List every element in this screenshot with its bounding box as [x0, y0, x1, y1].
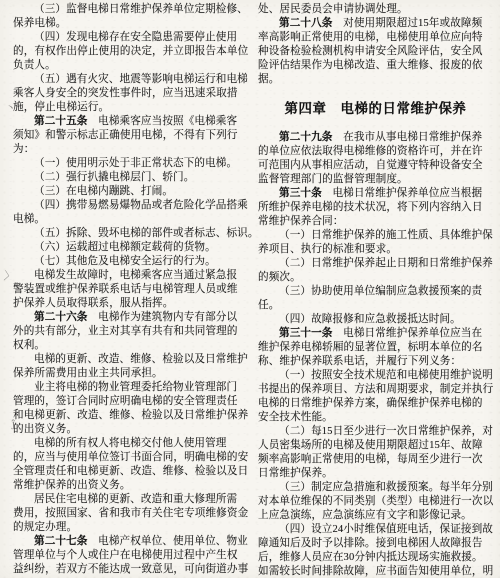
text-line: 电梯发生故障时，电梯乘客应当通过紧急报	[13, 269, 248, 283]
text-line: 日常维护保养。	[258, 467, 493, 481]
text-line: 所维护保养电梯的技术状况，将下列内容纳入日	[258, 201, 493, 215]
text-line: 监督管理部门的监督管理制度。	[258, 173, 493, 187]
text-line: 的，应当与使用单位签订书面合同，明确电梯的安	[13, 451, 248, 465]
text-line: 处、居民委员会申请协调处理。	[258, 3, 493, 17]
text-line: 第二十八条 对使用期限超过15年或故障频	[258, 17, 493, 31]
text-line: 管理单位与个人或住户在电梯使用过程中产生权	[13, 549, 248, 563]
text-line: （六）运载超过电梯额定载荷的货物。	[13, 241, 248, 255]
text-line: 的，有权作出停止使用的决定，并立即报告本单位	[13, 45, 248, 59]
article-number: 第三十条	[279, 188, 322, 199]
text-line: （三）制定应急措施和救援预案。每半年分别	[258, 481, 493, 495]
text-line: 称、维护保养联系电话，并履行下列义务：	[258, 355, 493, 369]
text-line: 业主将电梯的物业管理委托给物业管理部门	[13, 381, 248, 395]
text-line: 后，维修人员应在30分钟内抵达现场实施救援。	[258, 551, 493, 565]
text-line: 费用，按照国家、省和我市有关住宅专项维修资金	[13, 507, 248, 521]
text-line: （四）设立24小时维保值班电话，保证接到故	[258, 523, 493, 537]
text-line: 护保养人员取得联系，服从指挥。	[13, 297, 248, 311]
two-column-text: （三）监督电梯日常维护保养单位定期检修、保养电梯。（四）发现电梯存在安全隐患需要…	[13, 3, 494, 578]
text-line: 施，停止电梯运行。	[13, 101, 248, 115]
article-number: 第二十五条	[34, 116, 87, 127]
text-line: （四）故障报修和应急救援抵达时间。	[258, 313, 493, 327]
text-line: 第二十六条 电梯作为建筑物内专有部分以	[13, 311, 248, 325]
text-line: 电梯的更新、改造、维修、检验以及日常维护	[13, 353, 248, 367]
text-line: 障通知后及时予以排除。接到电梯困人故障报告	[258, 537, 493, 551]
text-line: 的规定办理。	[13, 521, 248, 535]
text-line: （一）使用明示处于非正常状态下的电梯。	[13, 157, 248, 171]
text-line: 益纠纷，若双方不能达成一致意见，可向街道办事	[13, 563, 248, 577]
text-line: 的频次。	[258, 271, 493, 285]
text-line: （四）携带易燃易爆物品或者危险化学品搭乘	[13, 199, 248, 213]
text-line: 权利。	[13, 339, 248, 353]
text-line: 管理的，签订合同时应明确电梯的安全管理责任	[13, 395, 248, 409]
text-line: （一）日常维护保养的施工性质、具体维护保	[258, 229, 493, 243]
text-line: 电梯。	[13, 213, 248, 227]
text-line: （二）强行扒撬电梯层门、轿门。	[13, 171, 248, 185]
text-line: 的单位应依法取得电梯维修的资格许可，并在许	[258, 145, 493, 159]
article-number: 第三十一条	[279, 328, 332, 339]
text-line: 居民住宅电梯的更新、改造和重大修理所需	[13, 493, 248, 507]
chapter-heading: 第四章 电梯的日常维护保养	[258, 99, 493, 118]
text-line: （二）日常维护保养起止日期和日常维护保养	[258, 257, 493, 271]
text-line: （三）监督电梯日常维护保养单位定期检修、	[13, 3, 248, 17]
text-line: 的出资义务。	[13, 423, 248, 437]
text-line: 频率高影响正常使用的电梯，每周至少进行一次	[258, 453, 493, 467]
text-line: 和电梯更新、改造、维修、检验以及日常维护保养	[13, 409, 248, 423]
text-line: 种设备检验检测机构申请安全风险评估，安全风	[258, 45, 493, 59]
text-line: 保养电梯。	[13, 17, 248, 31]
text-line: （五）拆除、毁坏电梯的部件或者标志、标识。	[13, 227, 248, 241]
text-line: 维护保养电梯轿厢的显著位置，标明本单位的名	[258, 341, 493, 355]
text-line: 常维护保养合同：	[258, 215, 493, 229]
text-line: 上应急演练，应急演练应有文字和影像记录。	[258, 509, 493, 523]
text-line: （一）按照安全技术规范和电梯使用维护说明	[258, 369, 493, 383]
text-line: 养项目、执行的标准和要求。	[258, 243, 493, 257]
text-line: （三）在电梯内蹦跳、打闹。	[13, 185, 248, 199]
text-line: （二）每15日至少进行一次日常维护保养，对	[258, 425, 493, 439]
text-line: （七）其他危及电梯安全运行的行为。	[13, 255, 248, 269]
text-line: 外的共有部分，业主对其享有共有和共同管理的	[13, 325, 248, 339]
document-page: （三）监督电梯日常维护保养单位定期检修、保养电梯。（四）发现电梯存在安全隐患需要…	[0, 0, 500, 578]
text-line: 对本单位维保的不同类别（类型）电梯进行一次以	[258, 495, 493, 509]
text-line: 据。	[258, 73, 493, 87]
article-number: 第二十六条	[34, 312, 87, 323]
text-line: 安全技术性能。	[258, 411, 493, 425]
text-line: 任。	[258, 299, 493, 313]
text-line: 人员密集场所的电梯及使用期限超过15年、故障	[258, 439, 493, 453]
text-line: 第二十七条 电梯产权单位、使用单位、物业	[13, 535, 248, 549]
text-line: 电梯的日常维护保养方案，确保维护保养电梯的	[258, 397, 493, 411]
text-line: 如需较长时间排除故障，应书面告知使用单位，明	[258, 565, 493, 578]
right-column: 处、居民委员会申请协调处理。第二十八条 对使用期限超过15年或故障频率高影响正常…	[258, 3, 493, 578]
text-line: 率高影响正常使用的电梯，电梯使用单位应向特	[258, 31, 493, 45]
text-line: 警装置或维护保养联系电话与电梯管理人员或维	[13, 283, 248, 297]
text-line: （五）遇有火灾、地震等影响电梯运行和电梯	[13, 73, 248, 87]
text-line: 负责人。	[13, 59, 248, 73]
left-column: （三）监督电梯日常维护保养单位定期检修、保养电梯。（四）发现电梯存在安全隐患需要…	[13, 3, 248, 578]
text-line: 电梯的所有权人将电梯交付他人使用管理	[13, 437, 248, 451]
text-line: 保养所需费用由业主共同承担。	[13, 367, 248, 381]
article-number: 第二十七条	[34, 536, 87, 547]
text-line: 须知》和警示标志正确使用电梯，不得有下列行	[13, 129, 248, 143]
text-line: 常维护保养的出资义务。	[13, 479, 248, 493]
text-line: 第二十五条 电梯乘客应当按照《电梯乘客	[13, 115, 248, 129]
text-line: 为：	[13, 143, 248, 157]
text-line: 第三十一条 电梯日常维护保养单位应当在	[258, 327, 493, 341]
article-number: 第二十九条	[279, 132, 332, 143]
text-line: 全管理责任和电梯更新、改造、维修、检验以及日	[13, 465, 248, 479]
text-line: （四）发现电梯存在安全隐患需要停止使用	[13, 31, 248, 45]
article-number: 第二十八条	[279, 18, 332, 29]
text-line: 第二十九条 在我市从事电梯日常维护保养	[258, 131, 493, 145]
text-line: 险评估结果作为电梯改造、重大维修、报废的依	[258, 59, 493, 73]
text-line: 书提出的保养项目、方法和周期要求，制定并执行	[258, 383, 493, 397]
text-line: 可范围内从事相应活动，自觉遵守特种设备安全	[258, 159, 493, 173]
text-line: 第三十条 电梯日常维护保养单位应当根据	[258, 187, 493, 201]
text-line: （三）协助使用单位编制应急救援预案的责	[258, 285, 493, 299]
text-line: 乘客人身安全的突发性事件时，应当迅速采取措	[13, 87, 248, 101]
